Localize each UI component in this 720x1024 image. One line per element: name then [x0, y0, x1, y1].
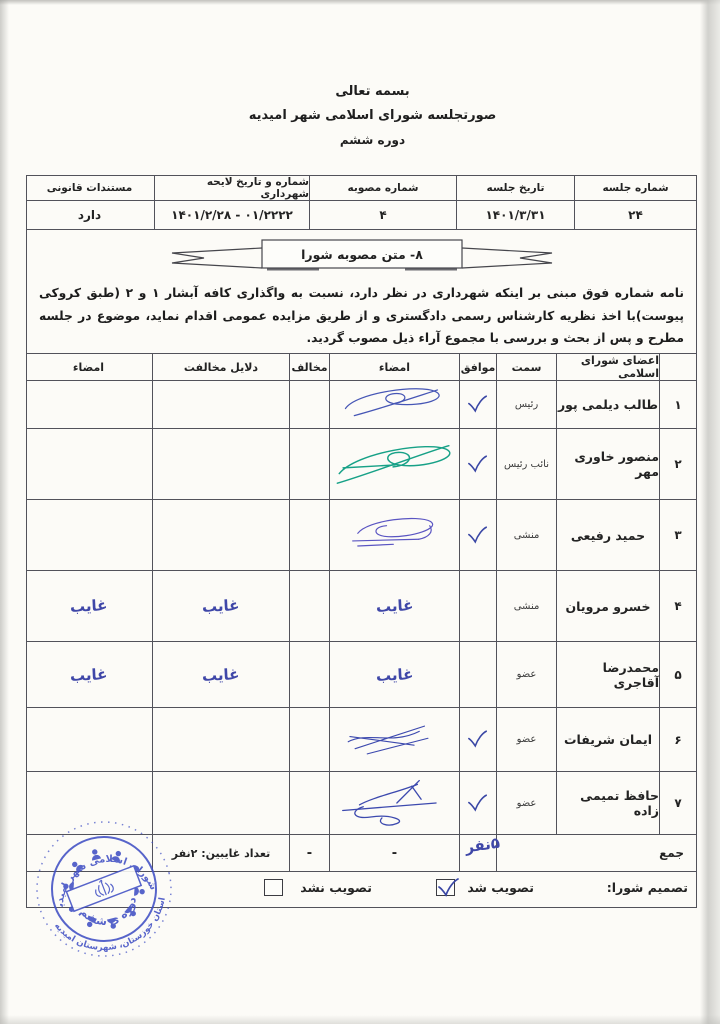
totals-label: جمع — [496, 835, 696, 871]
oppose-cell — [289, 429, 329, 499]
header-signature: امضاء — [329, 354, 459, 380]
row-number: ۶ — [659, 708, 696, 771]
agree-check-icon — [467, 730, 489, 749]
document-header: بسمه تعالی صورتجلسه شورای اسلامی شهر امی… — [37, 84, 708, 147]
header-session-date: تاریخ جلسه — [456, 176, 574, 200]
signature-cell: غایب — [329, 642, 459, 707]
signature2-cell: غایب — [25, 642, 152, 707]
signature2-cell: غایب — [25, 571, 152, 641]
agree-mark-cell — [459, 772, 496, 834]
not-approved-checkbox — [264, 879, 283, 896]
row-number: ۲ — [659, 429, 696, 499]
header-oppose: مخالف — [289, 354, 329, 380]
resolution-section: ۸- متن مصوبه شورا نامه شماره فوق مبنی بر… — [27, 230, 696, 353]
totals-signature-cell: - — [329, 835, 459, 871]
members-table-header: اعضای شورای اسلامی سمت موافق امضاء مخالف… — [27, 353, 696, 381]
member-position: عضو — [496, 708, 556, 771]
approved-checkbox — [436, 879, 455, 896]
header-members: اعضای شورای اسلامی — [556, 354, 659, 380]
agree-mark-cell — [459, 381, 496, 428]
member-signature-icon — [339, 513, 451, 557]
oppose-reason-cell — [152, 429, 289, 499]
row-number: ۱ — [659, 381, 696, 428]
member-position: عضو — [496, 642, 556, 707]
row-number: ۵ — [659, 642, 696, 707]
signature2-cell — [25, 500, 152, 570]
member-position: منشی — [496, 571, 556, 641]
agree-mark-cell — [459, 642, 496, 707]
member-name: خسرو مرویان — [556, 571, 659, 641]
header-position: سمت — [496, 354, 556, 380]
agree-check-icon — [467, 455, 489, 474]
value-legal-docs: دارد — [25, 201, 154, 229]
approved-check-icon — [437, 877, 461, 899]
info-table-header-row: شماره جلسه تاریخ جلسه شماره مصوبه شماره … — [27, 176, 696, 201]
oppose-reason-cell: غایب — [152, 571, 289, 641]
header-bill-number-date: شماره و تاریخ لایحه شهرداری — [154, 176, 309, 200]
agree-mark-cell — [459, 500, 496, 570]
totals-agree-cell: ۵نفر — [459, 835, 496, 871]
oppose-cell — [289, 642, 329, 707]
header-oppose-reasons: دلایل مخالفت — [152, 354, 289, 380]
agree-check-icon — [467, 526, 489, 545]
member-row: ۲ منصور خاوری مهر نائب رئیس — [27, 429, 696, 500]
scan-edge-left — [0, 0, 9, 1024]
scan-edge-right — [700, 0, 720, 1024]
scan-edge-bottom — [0, 1015, 720, 1024]
signature-cell — [329, 429, 459, 499]
bismillah-line: بسمه تعالی — [37, 84, 708, 99]
member-row: ۶ ایمان شریفات عضو — [27, 708, 696, 772]
section-ribbon: ۸- متن مصوبه شورا — [152, 236, 572, 278]
signature-cell — [329, 381, 459, 428]
signature2-cell — [25, 708, 152, 771]
signature-cell — [329, 500, 459, 570]
agree-mark-cell — [459, 429, 496, 499]
council-stamp: شورای اسلامی شهر امیدیه استان خوزستان، ش… — [21, 806, 187, 972]
member-name: حافظ تمیمی زاده — [556, 772, 659, 834]
member-signature-icon — [343, 716, 447, 764]
agree-mark-cell — [459, 708, 496, 771]
agree-mark-cell — [459, 571, 496, 641]
absent-mark: غایب — [375, 596, 413, 616]
member-name: محمدرضا آقاجری — [556, 642, 659, 707]
oppose-cell — [289, 772, 329, 834]
member-position: منشی — [496, 500, 556, 570]
signature-cell: غایب — [329, 571, 459, 641]
member-signature-icon — [339, 777, 451, 829]
row-number: ۳ — [659, 500, 696, 570]
member-name: حمید رفیعی — [556, 500, 659, 570]
row-number: ۷ — [659, 772, 696, 834]
approved-label: تصویب شد — [467, 880, 534, 895]
value-resolution-number: ۴ — [309, 201, 456, 229]
value-bill-number-date: ۰۱/۲۲۲۲ - ۱۴۰۱/۲/۲۸ — [154, 201, 309, 229]
member-row: ۱ طالب دیلمی پور رئیس — [27, 381, 696, 429]
absent-mark: غایب — [375, 665, 413, 685]
member-position: عضو — [496, 772, 556, 834]
member-name: ایمان شریفات — [556, 708, 659, 771]
member-row: ۵ محمدرضا آقاجری عضو غایب غایب غایب — [27, 642, 696, 708]
not-approved-label: تصویب نشد — [300, 880, 372, 895]
agree-check-icon — [467, 395, 489, 414]
header-row-number — [659, 354, 696, 380]
header-signature-2: امضاء — [25, 354, 152, 380]
scanned-document-page: { "document": { "bismillah": "بسمه تعالی… — [0, 0, 720, 1024]
header-resolution-number: شماره مصوبه — [309, 176, 456, 200]
oppose-reason-cell: غایب — [152, 642, 289, 707]
scan-edge-top — [0, 0, 720, 5]
value-session-number: ۲۴ — [574, 201, 696, 229]
member-name: منصور خاوری مهر — [556, 429, 659, 499]
row-number: ۴ — [659, 571, 696, 641]
totals-agree-count: ۵نفر — [464, 834, 501, 857]
oppose-reason-cell — [152, 381, 289, 428]
member-row: ۳ حمید رفیعی منشی — [27, 500, 696, 571]
signature-cell — [329, 708, 459, 771]
info-table-value-row: ۲۴ ۱۴۰۱/۳/۳۱ ۴ ۰۱/۲۲۲۲ - ۱۴۰۱/۲/۲۸ دارد — [27, 201, 696, 230]
page-title: صورتجلسه شورای اسلامی شهر امیدیه — [37, 108, 708, 123]
member-position: رئیس — [496, 381, 556, 428]
oppose-cell — [289, 708, 329, 771]
resolution-text: نامه شماره فوق مبنی بر اینکه شهرداری در … — [39, 282, 684, 350]
absent-mark: غایب — [202, 665, 240, 685]
header-agree: موافق — [459, 354, 496, 380]
member-position: نائب رئیس — [496, 429, 556, 499]
totals-oppose-cell: - — [289, 835, 329, 871]
minutes-form: شماره جلسه تاریخ جلسه شماره مصوبه شماره … — [26, 175, 697, 908]
term-line: دوره ششم — [37, 133, 708, 147]
signature-cell — [329, 772, 459, 834]
value-session-date: ۱۴۰۱/۳/۳۱ — [456, 201, 574, 229]
agree-check-icon — [467, 794, 489, 813]
decision-label: تصمیم شورا: — [607, 880, 688, 895]
members-table-body: ۱ طالب دیلمی پور رئیس ۲ منصور خاوری مهر … — [27, 381, 696, 835]
member-signature-icon — [334, 439, 456, 489]
oppose-cell — [289, 381, 329, 428]
absent-mark: غایب — [69, 596, 107, 616]
absent-mark: غایب — [202, 596, 240, 616]
member-row: ۴ خسرو مرویان منشی غایب غایب غایب — [27, 571, 696, 642]
absent-mark: غایب — [69, 665, 107, 685]
stamp-ring-bottom-text: استان خوزستان، شهرستان امیدیه — [51, 894, 177, 965]
header-legal-docs: مستندات قانونی — [25, 176, 154, 200]
oppose-reason-cell — [152, 500, 289, 570]
oppose-cell — [289, 571, 329, 641]
member-name: طالب دیلمی پور — [556, 381, 659, 428]
header-session-number: شماره جلسه — [574, 176, 696, 200]
member-signature-icon — [335, 382, 455, 428]
oppose-cell — [289, 500, 329, 570]
signature2-cell — [25, 429, 152, 499]
svg-text:استان خوزستان، شهرستان امیدیه: استان خوزستان، شهرستان امیدیه — [51, 894, 177, 965]
ribbon-label: ۸- متن مصوبه شورا — [301, 247, 423, 262]
oppose-reason-cell — [152, 708, 289, 771]
signature2-cell — [25, 381, 152, 428]
